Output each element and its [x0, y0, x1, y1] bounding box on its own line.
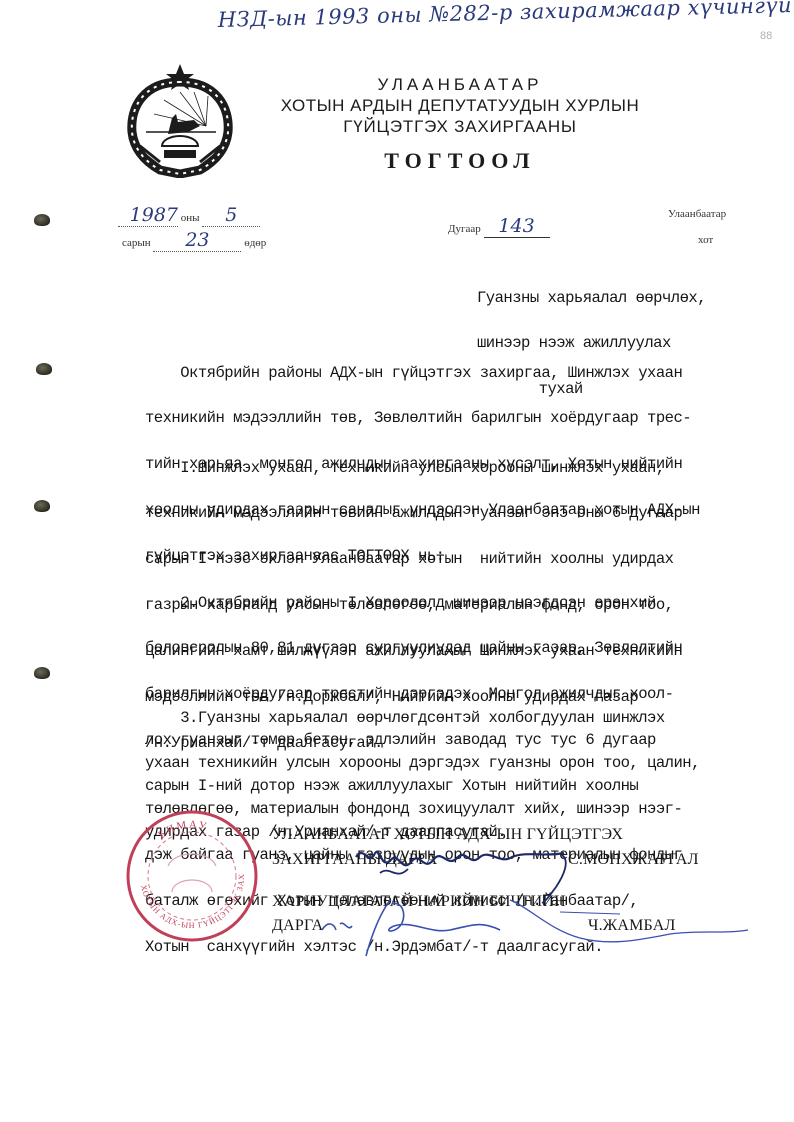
binding-hole: [34, 214, 50, 226]
state-emblem-icon: [124, 62, 236, 178]
header-city: УЛААНБААТАР: [270, 75, 650, 95]
svg-text:БНМАУ: БНМАУ: [156, 819, 209, 841]
binding-hole: [34, 667, 50, 679]
secretary-signature-icon: [320, 890, 750, 962]
signatory-title-secretary-line2: ДАРГА: [272, 917, 323, 935]
header-line-3: ГҮЙЦЭТГЭХ ЗАХИРГААНЫ: [270, 117, 650, 137]
text-line: боловсролын 80,81 дүгээр сургуулиудад ца…: [145, 641, 682, 656]
place-city: Улаанбаатар: [668, 208, 726, 220]
date-month: 5: [225, 204, 237, 226]
year-suffix-label: оны: [181, 212, 200, 224]
text-line: 2.Октябрийн районы I Хороололд шинээр нэ…: [145, 596, 682, 611]
subject-line: Гуанзны харьяалал өөрчлөх,: [477, 291, 706, 306]
archive-mark: 88: [760, 30, 772, 42]
place-suffix: хот: [698, 234, 713, 246]
date-day: 23: [185, 229, 209, 251]
date-year-line: 1987 оны 5: [118, 204, 260, 227]
text-line: техникийн мэдээллийн төв, Зөвлөлтийн бар…: [145, 411, 700, 426]
decree-number: 143: [498, 215, 534, 237]
text-line: техникийн мэдээллийн төвийн ажилчдын гуа…: [145, 506, 682, 521]
text-line: I.Шинжлэх ухаан, техникийн улсын хорооны…: [145, 461, 682, 476]
signatory-name-chairman: С.МӨНХЖАРГАЛ: [568, 851, 699, 869]
decree-number-line: Дугаар 143: [448, 215, 550, 238]
stamp-top-text: БНМАУ: [156, 819, 209, 841]
date-year: 1987: [130, 204, 178, 226]
binding-hole: [34, 500, 50, 512]
text-line: Октябрийн районы АДХ-ын гүйцэтгэх захирг…: [145, 366, 700, 381]
date-day-line: сарын 23 өдөр: [122, 229, 266, 252]
binding-hole: [36, 363, 52, 375]
document-type-title: ТОГТООЛ: [270, 148, 650, 174]
day-suffix-label: өдөр: [244, 237, 266, 249]
month-prefix-label: сарын: [122, 237, 151, 249]
official-stamp-icon: БНМАУ ХОТЫН АДХ-ЫН ГҮЙЦЭТГЭХ ЗАХИРГАА: [122, 806, 262, 946]
handwritten-annotation: НЗД-ын 1993 оны №282-р захирамжаар хүчин…: [217, 0, 778, 48]
header-line-2: ХОТЫН АРДЫН ДЕПУТАТУУДЫН ХУРЛЫН: [270, 96, 650, 116]
number-label: Дугаар: [448, 223, 481, 235]
text-line: ухаан техникийн улсын хорооны дэргэдэх г…: [145, 756, 700, 771]
text-line: 3.Гуанзны харьяалал өөрчлөгдсөнтэй холбо…: [145, 711, 700, 726]
